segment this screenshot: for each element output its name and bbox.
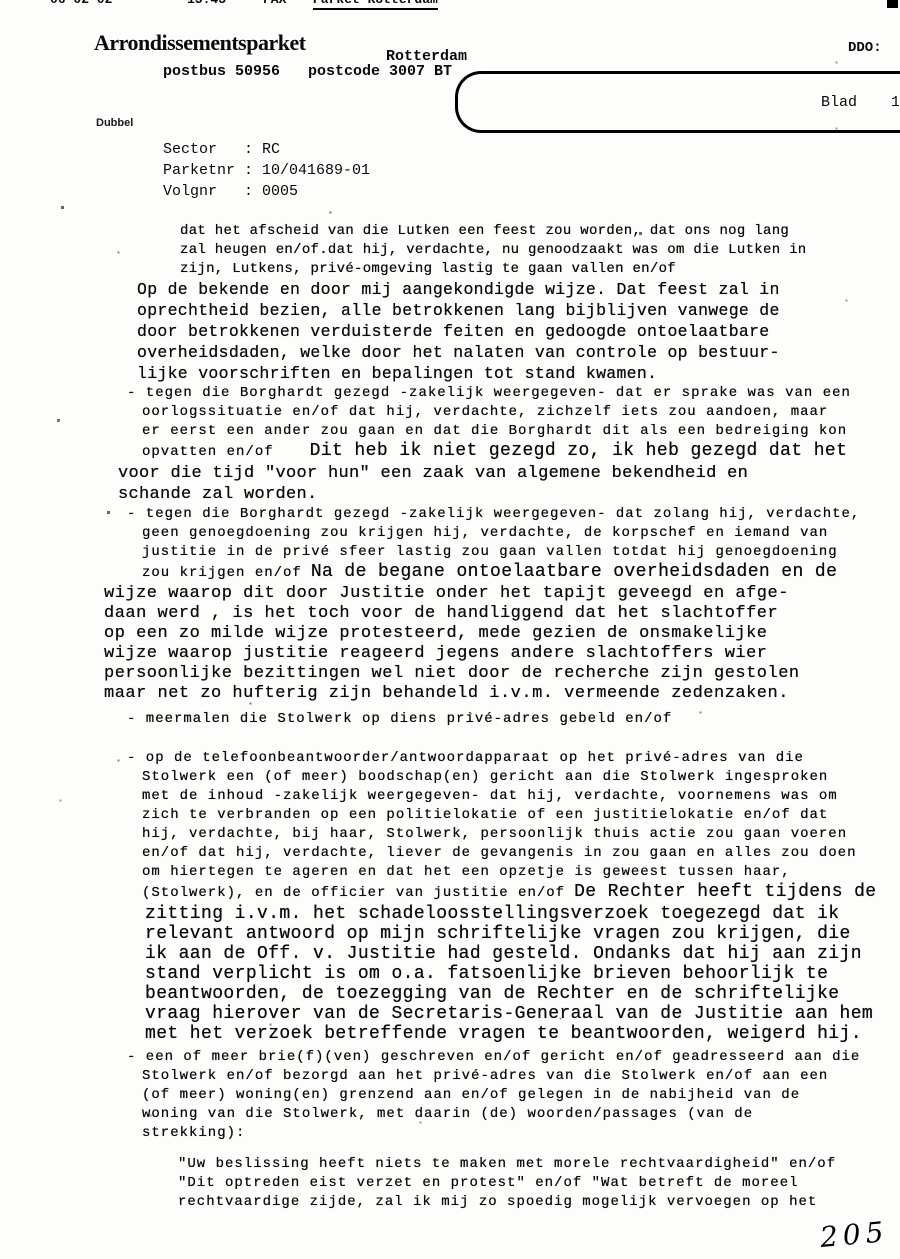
body-line-segment-small: (Stolwerk), en de officier van justitie …	[142, 885, 565, 901]
body-line: woning van die Stolwerk, met daarin (de)…	[0, 1105, 900, 1124]
fax-sender: Parket Rotterdam	[313, 0, 438, 10]
body-line: - een of meer brie(f)(ven) geschreven en…	[0, 1048, 900, 1067]
body-line: persoonlijke bezittingen wel niet door d…	[0, 664, 900, 684]
copy-stamp-dubbel: Dubbel	[96, 117, 133, 129]
body-line: door betrokkenen verduisterde feiten en …	[0, 321, 900, 342]
body-line: lijke voorschriften en bepalingen tot st…	[0, 363, 900, 384]
body-line: "Uw beslissing heeft niets te maken met …	[0, 1155, 900, 1174]
body-line: geen genoegdoening zou krijgen hij, verd…	[0, 524, 900, 543]
body-line: wijze waarop dit door Justitie onder het…	[0, 584, 900, 604]
case-info-value: : RC	[244, 141, 280, 158]
body-line: (of meer) woning(en) grenzend aan en/of …	[0, 1086, 900, 1105]
fax-transmission-header: 06 02 02 13:43 FAX Parket Rotterdam	[50, 0, 81, 82]
body-line: Stolwerk en/of bezorgd aan het privé-adr…	[0, 1067, 900, 1086]
body-line-segment-small: zou krijgen en/of	[142, 565, 302, 581]
scan-artifact	[887, 0, 898, 8]
body-line: - meermalen die Stolwerk op diens privé-…	[0, 710, 900, 729]
body-line: zou krijgen en/ofNa de begane ontoelaatb…	[0, 562, 900, 584]
ddo-label: DDO:	[848, 40, 882, 56]
body-line: zitting i.v.m. het schadeloosstellingsve…	[0, 904, 900, 924]
body-line: "Dit optreden eist verzet en protest" en…	[0, 1174, 900, 1193]
fax-label: FAX	[263, 0, 286, 7]
body-line: met het verzoek betreffende vragen te be…	[0, 1024, 900, 1044]
case-info-value: : 10/041689-01	[244, 162, 370, 179]
body-line: Op de bekende en door mij aangekondigde …	[0, 279, 900, 300]
body-line: voor die tijd "voor hun" een zaak van al…	[0, 463, 900, 484]
case-info-label: Sector	[163, 139, 244, 160]
body-line: en/of dat hij, verdachte, liever de geva…	[0, 844, 900, 863]
body-line: - op de telefoonbeantwoorder/antwoordapp…	[0, 749, 900, 768]
blad-label: Blad	[821, 94, 857, 111]
body-line: (Stolwerk), en de officier van justitie …	[0, 882, 900, 904]
body-line: Stolwerk een (of meer) boodschap(en) ger…	[0, 768, 900, 787]
body-line: om hiertegen te ageren en dat het een op…	[0, 863, 900, 882]
body-line-segment-small: opvatten en/of	[142, 444, 274, 460]
body-line: hij, verdachte, bij haar, Stolwerk, pers…	[0, 825, 900, 844]
body-line: daan werd , is het toch voor de handligg…	[0, 604, 900, 624]
body-line: op een zo milde wijze protesteerd, mede …	[0, 624, 900, 644]
body-line: met de inhoud -zakelijk weergegeven- dat…	[0, 787, 900, 806]
body-line: - tegen die Borghardt gezegd -zakelijk w…	[0, 505, 900, 524]
body-line: ik aan de Off. v. Justitie had gesteld. …	[0, 944, 900, 964]
letterhead-office-name: Arrondissementsparket	[94, 30, 306, 56]
body-line: stand verplicht is om o.a. fatsoenlijke …	[0, 964, 900, 984]
scanned-document-page: 06 02 02 13:43 FAX Parket Rotterdam Arro…	[0, 0, 900, 1259]
case-info-label: Parketnr	[163, 160, 244, 181]
scan-noise	[0, 0, 1, 1]
body-line: rechtvaardige zijde, zal ik mij zo spoed…	[0, 1193, 900, 1212]
body-line: opvatten en/ofDit heb ik niet gezegd zo,…	[0, 441, 900, 463]
handwritten-page-number: 205	[819, 1215, 890, 1254]
body-line: oprechtheid bezien, alle betrokkenen lan…	[0, 300, 900, 321]
case-info-label: Volgnr	[163, 181, 244, 202]
body-line: schande zal worden.	[0, 484, 900, 505]
case-info-block: Sector: RC Parketnr: 10/041689-01 Volgnr…	[163, 139, 370, 202]
body-text: dat het afscheid van die Lutken een fees…	[0, 222, 900, 1212]
blad-page-number-clipped: 1	[891, 94, 899, 112]
body-line: strekking):	[0, 1124, 900, 1143]
body-line: relevant antwoord op mijn schriftelijke …	[0, 924, 900, 944]
letterhead-postbus: postbus 50956	[163, 63, 280, 80]
body-line: er eerst een ander zou gaan en dat die B…	[0, 422, 900, 441]
body-line: overheidsdaden, welke door het nalaten v…	[0, 342, 900, 363]
case-info-value: : 0005	[244, 183, 298, 200]
case-info-row-sector: Sector: RC	[163, 139, 370, 160]
body-line: zal heugen en/of.dat hij, verdachte, nu …	[0, 241, 900, 260]
body-line: dat het afscheid van die Lutken een fees…	[0, 222, 900, 241]
body-line-segment-large: Na de begane ontoelaatbare overheidsdade…	[311, 562, 837, 582]
fax-date: 06 02 02	[50, 0, 112, 7]
body-line: maar net zo hufterig zijn behandeld i.v.…	[0, 684, 900, 704]
body-line: oorlogssituatie en/of dat hij, verdachte…	[0, 403, 900, 422]
body-line: vraag hierover van de Secretaris-Generaa…	[0, 1004, 900, 1024]
body-line: beantwoorden, de toezegging van de Recht…	[0, 984, 900, 1004]
case-info-row-parketnr: Parketnr: 10/041689-01	[163, 160, 370, 181]
case-info-row-volgnr: Volgnr: 0005	[163, 181, 370, 202]
body-line: zijn, Lutkens, privé-omgeving lastig te …	[0, 260, 900, 279]
fax-time: 13:43	[187, 0, 226, 7]
letterhead-postcode: postcode 3007 BT	[308, 63, 452, 80]
body-line-segment-large: Dit heb ik niet gezegd zo, ik heb gezegd…	[310, 441, 848, 461]
body-line: zich te verbranden op een politielokatie…	[0, 806, 900, 825]
body-line: justitie in de privé sfeer lastig zou ga…	[0, 543, 900, 562]
body-line-segment-large: De Rechter heeft tijdens de	[574, 882, 876, 902]
body-line: wijze waarop justitie reageerd jegens an…	[0, 644, 900, 664]
body-line: - tegen die Borghardt gezegd -zakelijk w…	[0, 384, 900, 403]
